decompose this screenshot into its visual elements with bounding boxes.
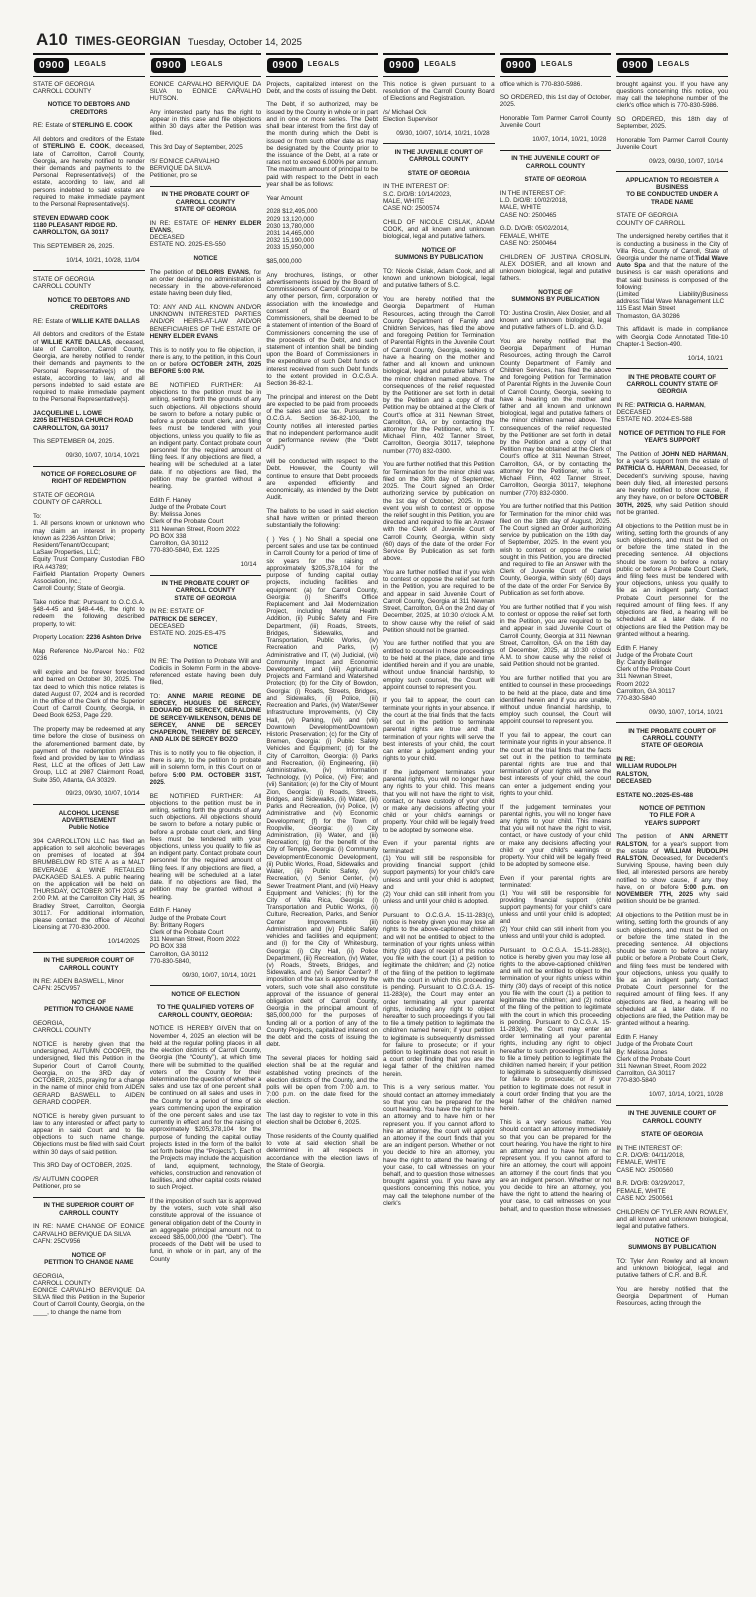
notice-lines: $85,000,000: [266, 258, 378, 265]
notice-paragraph: You are further notified that if you wis…: [383, 569, 495, 634]
notice-paragraph: If you fail to appear, the court can ter…: [383, 697, 495, 762]
notice-paragraph: You are further notified that this Petit…: [383, 461, 495, 562]
notice-paragraph: If you fail to appear, the court can ter…: [500, 732, 612, 797]
notice-paragraph: This is a very serious matter. You shoul…: [383, 1084, 495, 1207]
notice-heading: IN THE PROBATE COURT OF CARROLL COUNTY S…: [150, 580, 262, 602]
section-label: LEGALS: [308, 61, 340, 69]
notice-paragraph: All objections to the Petition must be i…: [616, 912, 728, 1028]
notice-paragraph: IN RE: NAME CHANGE OF EONICE CARVALHO BE…: [33, 1223, 145, 1245]
notice-paragraph: The undersigned hereby certifies that it…: [616, 233, 728, 320]
notice-paragraph: office which is 770-830-5986.: [500, 81, 612, 88]
notice-heading: NOTICE: [150, 255, 262, 262]
notice-run-dates: 09/23, 09/30, 10/07, 10/14: [616, 158, 728, 165]
notice-paragraph: This 3rd Day of September, 2025: [150, 144, 262, 151]
notice-divider: [500, 150, 612, 151]
notice-paragraph: To: 1. All persons known or unknown who …: [33, 513, 145, 592]
notice-paragraph: TO: Justina Croslin, Alex Dosier, and al…: [500, 310, 612, 332]
section-header: 0900LEGALS: [616, 53, 728, 77]
notice-paragraph: IN RE: PATRICIA G. HARMAN, DECEASED ESTA…: [616, 402, 728, 424]
notice-heading: NOTICE OF ELECTION: [150, 991, 262, 998]
section-header: 0900LEGALS: [266, 53, 378, 77]
columns: 0900LEGALSSTATE OF GEORGIA CARROLL COUNT…: [0, 53, 756, 1581]
notice-paragraph: The several places for holding said elec…: [266, 1055, 378, 1106]
section-code-badge: 0900: [267, 58, 302, 74]
notice-lines: This SEPTEMBER 04, 2025.: [33, 438, 145, 445]
section-code-badge: 0900: [151, 58, 186, 74]
notice-paragraph: NOTICE IS HEREBY GIVEN that on November …: [150, 1025, 262, 1191]
newspaper-page: A10 TIMES-GEORGIAN Tuesday, October 14, …: [0, 0, 756, 1597]
notice-run-dates: 10/14: [150, 561, 262, 568]
notice-paragraph: 394 CARROLLTON LLC has filed an applicat…: [33, 838, 145, 932]
notice-lines: STATE OF GEORGIA COUNTY OF CARROLL: [616, 212, 728, 226]
notice-paragraph: You are further notified that you are en…: [383, 640, 495, 691]
notice-paragraph: Pursuant to O.C.G.A. 15-11-283(c), notic…: [383, 912, 495, 1078]
notice-paragraph: BE NOTIFIED FURTHER: All objections to t…: [150, 382, 262, 490]
notice-paragraph: NOTICE is hereby given pursuant to law t…: [33, 1113, 145, 1156]
section-label: LEGALS: [658, 61, 690, 69]
notice-lines-bold: IN RE: WILLIAM RUDOLPH RALSTON, DECEASED: [616, 756, 728, 785]
section-label: LEGALS: [74, 61, 106, 69]
notice-paragraph: ( ) Yes ( ) No Shall a special one perce…: [266, 536, 378, 1049]
section-label: LEGALS: [541, 61, 573, 69]
notice-paragraph: IN RE: ESTATE OF PATRICK DE SERCEY, DECE…: [150, 608, 262, 637]
notice-paragraph: The petition of ANN ARNETT RALSTON, for …: [616, 833, 728, 905]
notice-run-dates: 09/30, 10/07, 10/14, 10/21: [150, 972, 262, 979]
notice-paragraph: This affidavit is made in compliance wit…: [616, 326, 728, 348]
notice-heading: IN THE PROBATE COURT OF CARROLL COUNTY S…: [150, 191, 262, 213]
notice-run-dates: 10/07, 10/14, 10/21, 10/28: [500, 136, 612, 143]
notice-paragraph: CHILDREN OF TYLER ANN ROWLEY, and all kn…: [616, 1209, 728, 1231]
notice-paragraph: Projects, capitalized interest on the De…: [266, 81, 378, 95]
notice-divider: [150, 575, 262, 576]
notice-lines: 2028 $12,495,000 2029 13,120,000 2030 13…: [266, 208, 378, 251]
notice-paragraph: The Petition of JOHN NED HARMAN, for a y…: [616, 451, 728, 516]
notice-heading: NOTICE OF PETITION TO FILE FOR A YEAR'S …: [616, 805, 728, 827]
notice-lines: /s/ Michael Ock Election Supervisor: [383, 109, 495, 123]
notice-paragraph: The last day to register to vote in this…: [266, 1112, 378, 1126]
notice-paragraph: TO: ANY AND ALL KNOWN AND/OR UNKNOWN INT…: [150, 304, 262, 340]
masthead-title: TIMES-GEORGIAN: [75, 36, 181, 48]
section-header: 0900LEGALS: [500, 53, 612, 77]
notice-divider: [33, 952, 145, 953]
notice-paragraph: Any brochures, listings, or other advert…: [266, 272, 378, 388]
notice-lines: IN THE INTEREST OF: C.R. D/O/B: 04/11/20…: [616, 1145, 728, 1174]
notice-paragraph: The Debt, if so authorized, may be issue…: [266, 101, 378, 188]
page-number: A10: [36, 30, 68, 50]
notice-divider: [33, 270, 145, 271]
notice-lines: G.D. D/O/B: 05/02/2014, FEMALE, WHITE CA…: [500, 225, 612, 247]
notice-heading: IN THE SUPERIOR COURT OF CARROLL COUNTY: [33, 1202, 145, 1216]
notice-paragraph: Pursuant to O.C.G.A. 15-11-283(c), notic…: [500, 947, 612, 1113]
notice-lines: GEORGIA, CARROLL COUNTY: [33, 1020, 145, 1034]
notice-lines: IN THE INTEREST OF: L.D. D/O/B: 10/02/20…: [500, 190, 612, 219]
notice-heading: NOTICE: [150, 644, 262, 651]
notice-heading: NOTICE OF PETITION TO FILE FOR YEAR'S SU…: [616, 430, 728, 444]
notice-heading: APPLICATION TO REGISTER A BUSINESS TO BE…: [616, 177, 728, 206]
notice-lines: Year Amount: [266, 195, 378, 202]
notice-paragraph: GEORGIA, CARROLL COUNTY EONICE CARVALHO …: [33, 1273, 145, 1316]
notice-paragraph: If the judgement terminates your parenta…: [383, 769, 495, 834]
notice-lines: Edith F. Haney Judge of the Probate Cour…: [616, 1034, 728, 1085]
notice-divider: [33, 466, 145, 467]
notice-paragraph: SO ORDERED, this 18th day of September, …: [616, 116, 728, 130]
notice-paragraph: If the judgement terminates your parenta…: [500, 804, 612, 869]
notice-paragraph: You are hereby notified that the Georgia…: [383, 296, 495, 455]
notice-heading: STATE OF GEORGIA: [383, 170, 495, 177]
notice-paragraph: You are hereby notified that the Georgia…: [500, 338, 612, 497]
page-header: A10 TIMES-GEORGIAN Tuesday, October 14, …: [0, 0, 756, 53]
notice-heading: NOTICE OF FORECLOSURE OF RIGHT OF REDEMP…: [33, 471, 145, 485]
notice-run-dates: 09/30, 10/07, 10/14, 10/21: [616, 709, 728, 716]
notice-paragraph: Honorable Tom Parmer Carroll County Juve…: [500, 115, 612, 129]
notice-paragraph: If the imposition of such tax is approve…: [150, 1198, 262, 1263]
notice-paragraph: Even if your parental rights are termina…: [500, 875, 612, 940]
notice-paragraph: Those residents of the County qualified …: [266, 1133, 378, 1169]
notice-heading: IN THE PROBATE COURT OF CARROLL COUNTY S…: [616, 728, 728, 750]
notice-paragraph: The ballots to be used in said election …: [266, 508, 378, 530]
notice-heading: NOTICE OF SUMMONS BY PUBLICATION: [616, 1237, 728, 1251]
notice-lines: B.R. D/O/B: 03/29/2017, FEMALE, WHITE CA…: [616, 1180, 728, 1202]
notice-paragraph: SO ORDERED, this 1st day of October, 202…: [500, 94, 612, 108]
notice-lines: Edith F. Haney Judge of the Probate Cour…: [150, 907, 262, 965]
notice-paragraph: EONICE CARVALHO BERVIQUE DA SILVA to EON…: [150, 81, 262, 103]
notice-paragraph: The property may be redeemed at any time…: [33, 726, 145, 784]
notice-run-dates: 10/14/2025: [33, 938, 145, 945]
notice-paragraph: IN RE: AIDEN BASWELL, Minor CAFN: 25CV95…: [33, 978, 145, 992]
notice-divider: [150, 985, 262, 986]
issue-date: Tuesday, October 14, 2025: [188, 37, 302, 48]
section-header: 0900LEGALS: [150, 53, 262, 77]
notice-divider: [616, 722, 728, 723]
notice-lines: This SEPTEMBER 26, 2025.: [33, 243, 145, 250]
notice-paragraph: TO: Tyler Ann Rowley and all known and u…: [616, 1258, 728, 1280]
notice-lines: Edith F. Haney Judge of the Probate Cour…: [150, 497, 262, 555]
notice-heading: NOTICE OF PETITION TO CHANGE NAME: [33, 999, 145, 1013]
notice-paragraph: This 3RD Day of OCTOBER, 2025.: [33, 1162, 145, 1169]
notice-paragraph: Take notice that: Pursuant to O.C.G.A. §…: [33, 599, 145, 628]
notice-paragraph: IN RE: ESTATE OF HENRY ELDER EVANS, DECE…: [150, 220, 262, 249]
notice-paragraph: Even if your parental rights are termina…: [383, 840, 495, 905]
notice-paragraph: brought against you. If you have any que…: [616, 81, 728, 110]
notice-paragraph: TO: Nicole Cislak, Adam Cook, and all kn…: [383, 268, 495, 290]
notice-paragraph: Any interested party has the right to ap…: [150, 109, 262, 138]
notice-run-dates: 09/23, 09/30, 10/07, 10/14: [33, 790, 145, 797]
notice-heading: IN THE JUVENILE COURT OF CARROLL COUNTY: [500, 155, 612, 169]
section-code-badge: 0900: [501, 58, 536, 74]
notice-paragraph: All debtors and creditors of the Estate …: [33, 331, 145, 403]
notice-paragraph: You are further notified that you are en…: [500, 675, 612, 726]
notice-heading: NOTICE OF SUMMONS BY PUBLICATION: [383, 247, 495, 261]
notice-paragraph: This is to notify you to file objection,…: [150, 347, 262, 376]
notice-paragraph: Honorable Tom Parmer Carroll County Juve…: [616, 137, 728, 151]
notice-paragraph: Map Reference No./Parcel No.: F02 0236: [33, 648, 145, 662]
notice-run-dates: 10/07, 10/14, 10/21, 10/28: [616, 1091, 728, 1098]
notice-lines: /S/ EONICE CARVALHO BERVIQUE DA SILVA Pe…: [150, 158, 262, 180]
notice-divider: [150, 186, 262, 187]
notice-heading: IN THE JUVENILE COURT OF CARROLL COUNTY: [383, 149, 495, 163]
notice-lines: Edith F. Haney Judge of the Probate Cour…: [616, 645, 728, 703]
section-label: LEGALS: [424, 61, 456, 69]
section-header: 0900LEGALS: [383, 53, 495, 77]
notice-heading: STATE OF GEORGIA: [500, 176, 612, 183]
notice-heading: IN THE PROBATE COURT OF CARROLL COUNTY S…: [616, 374, 728, 396]
legal-column-2: 0900LEGALSEONICE CARVALHO BERVIQUE DA SI…: [150, 53, 262, 1581]
notice-paragraph: All debtors and creditors of the Estate …: [33, 136, 145, 208]
section-header: 0900LEGALS: [33, 53, 145, 77]
section-code-badge: 0900: [617, 58, 652, 74]
notice-lines: STATE OF GEORGIA COUNTY OF CARROLL: [33, 492, 145, 506]
section-code-badge: 0900: [384, 58, 419, 74]
notice-heading: TO THE QUALIFIED VOTERS OF CARROLL COUNT…: [150, 1004, 262, 1018]
notice-paragraph: This is to notify you to file objection,…: [150, 750, 262, 786]
notice-lines: STATE OF GEORGIA CARROLL COUNTY: [33, 81, 145, 95]
notice-heading: NOTICE TO DEBTORS AND CREDITORS: [33, 297, 145, 311]
notice-paragraph: will expire and be forever foreclosed an…: [33, 669, 145, 720]
notice-heading: NOTICE OF SUMMONS BY PUBLICATION: [500, 289, 612, 303]
notice-lines: STATE OF GEORGIA CARROLL COUNTY: [33, 276, 145, 290]
notice-divider: [33, 804, 145, 805]
notice-lines: /S/ AUTUMN COOPER Petitioner, pro se: [33, 1176, 145, 1190]
notice-lines-bold: STEVEN EDWARD COOK 1180 PLEASANT RIDGE R…: [33, 215, 145, 237]
notice-paragraph: NOTICE is hereby given that the undersig…: [33, 1041, 145, 1106]
notice-lines: IN THE INTEREST OF: S.C. D/O/B: 10/14/20…: [383, 183, 495, 212]
notice-heading: IN THE SUPERIOR COURT OF CARROLL COUNTY: [33, 957, 145, 971]
notice-paragraph: This is a very serious matter. You shoul…: [500, 1119, 612, 1213]
notice-heading: NOTICE OF PETITION TO CHANGE NAME: [33, 1252, 145, 1266]
notice-paragraph: RE: Estate of STERLING E. COOK: [33, 122, 145, 129]
notice-paragraph: All objections to the Petition must be i…: [616, 523, 728, 639]
notice-heading: STATE OF GEORGIA: [616, 1131, 728, 1138]
notice-paragraph: You are further notified that if you wis…: [500, 604, 612, 669]
section-code-badge: 0900: [34, 58, 69, 74]
notice-divider: [616, 1105, 728, 1106]
notice-lines-bold: ESTATE NO.:2025-ES-488: [616, 792, 728, 799]
notice-paragraph: Property Location: 2236 Ashton Drive: [33, 634, 145, 641]
notice-paragraph: The petition of DELORIS EVANS, for an or…: [150, 269, 262, 298]
notice-divider: [616, 368, 728, 369]
notice-paragraph: RE: Estate of WILLIE KATE DALLAS: [33, 318, 145, 325]
legal-column-6: 0900LEGALSbrought against you. If you ha…: [616, 53, 728, 1581]
notice-run-dates: 09/30, 10/07, 10/14, 10/21, 10/28: [383, 130, 495, 137]
notice-paragraph: You are further notified that this Petit…: [500, 503, 612, 597]
notice-heading: ALCOHOL LICENSE ADVERTISEMENT Public Not…: [33, 810, 145, 832]
notice-divider: [616, 171, 728, 172]
section-label: LEGALS: [191, 61, 223, 69]
notice-run-dates: 10/14, 10/21, 10/28, 11/04: [33, 257, 145, 264]
notice-paragraph: IN RE: The Petition to Probate Will and …: [150, 658, 262, 687]
notice-paragraph: will be conducted with respect to the De…: [266, 458, 378, 501]
notice-paragraph: CHILDREN OF JUSTINA CROSLIN, ALEX DOSIER…: [500, 254, 612, 283]
notice-paragraph: You are hereby notified that the Georgia…: [616, 1286, 728, 1308]
notice-run-dates: 09/30, 10/07, 10/14, 10/21: [33, 452, 145, 459]
notice-lines-bold: JACQUELINE L. LOWE 2205 BETHESDA CHURCH …: [33, 410, 145, 432]
notice-paragraph: The principal and interest on the Debt a…: [266, 394, 378, 452]
notice-run-dates: 10/14, 10/21: [616, 355, 728, 362]
notice-paragraph: TO: ANNE MARIE REGINE DE SERCEY, HUGUES …: [150, 693, 262, 744]
notice-paragraph: CHILD OF NICOLE CISLAK, ADAM COOK, and a…: [383, 219, 495, 241]
notice-divider: [383, 143, 495, 144]
legal-column-3: 0900LEGALSProjects, capitalized interest…: [266, 53, 378, 1581]
notice-heading: IN THE JUVENILE COURT OF CARROLL COUNTY: [616, 1110, 728, 1124]
legal-column-4: 0900LEGALSThis notice is given pursuant …: [383, 53, 495, 1581]
notice-paragraph: BE NOTIFIED FURTHER: All objections to t…: [150, 793, 262, 901]
legal-column-5: 0900LEGALSoffice which is 770-830-5986.S…: [500, 53, 612, 1581]
legal-column-1: 0900LEGALSSTATE OF GEORGIA CARROLL COUNT…: [33, 53, 145, 1581]
notice-paragraph: This notice is given pursuant to a resol…: [383, 81, 495, 103]
notice-divider: [33, 1197, 145, 1198]
notice-heading: NOTICE TO DEBTORS AND CREDITORS: [33, 101, 145, 115]
